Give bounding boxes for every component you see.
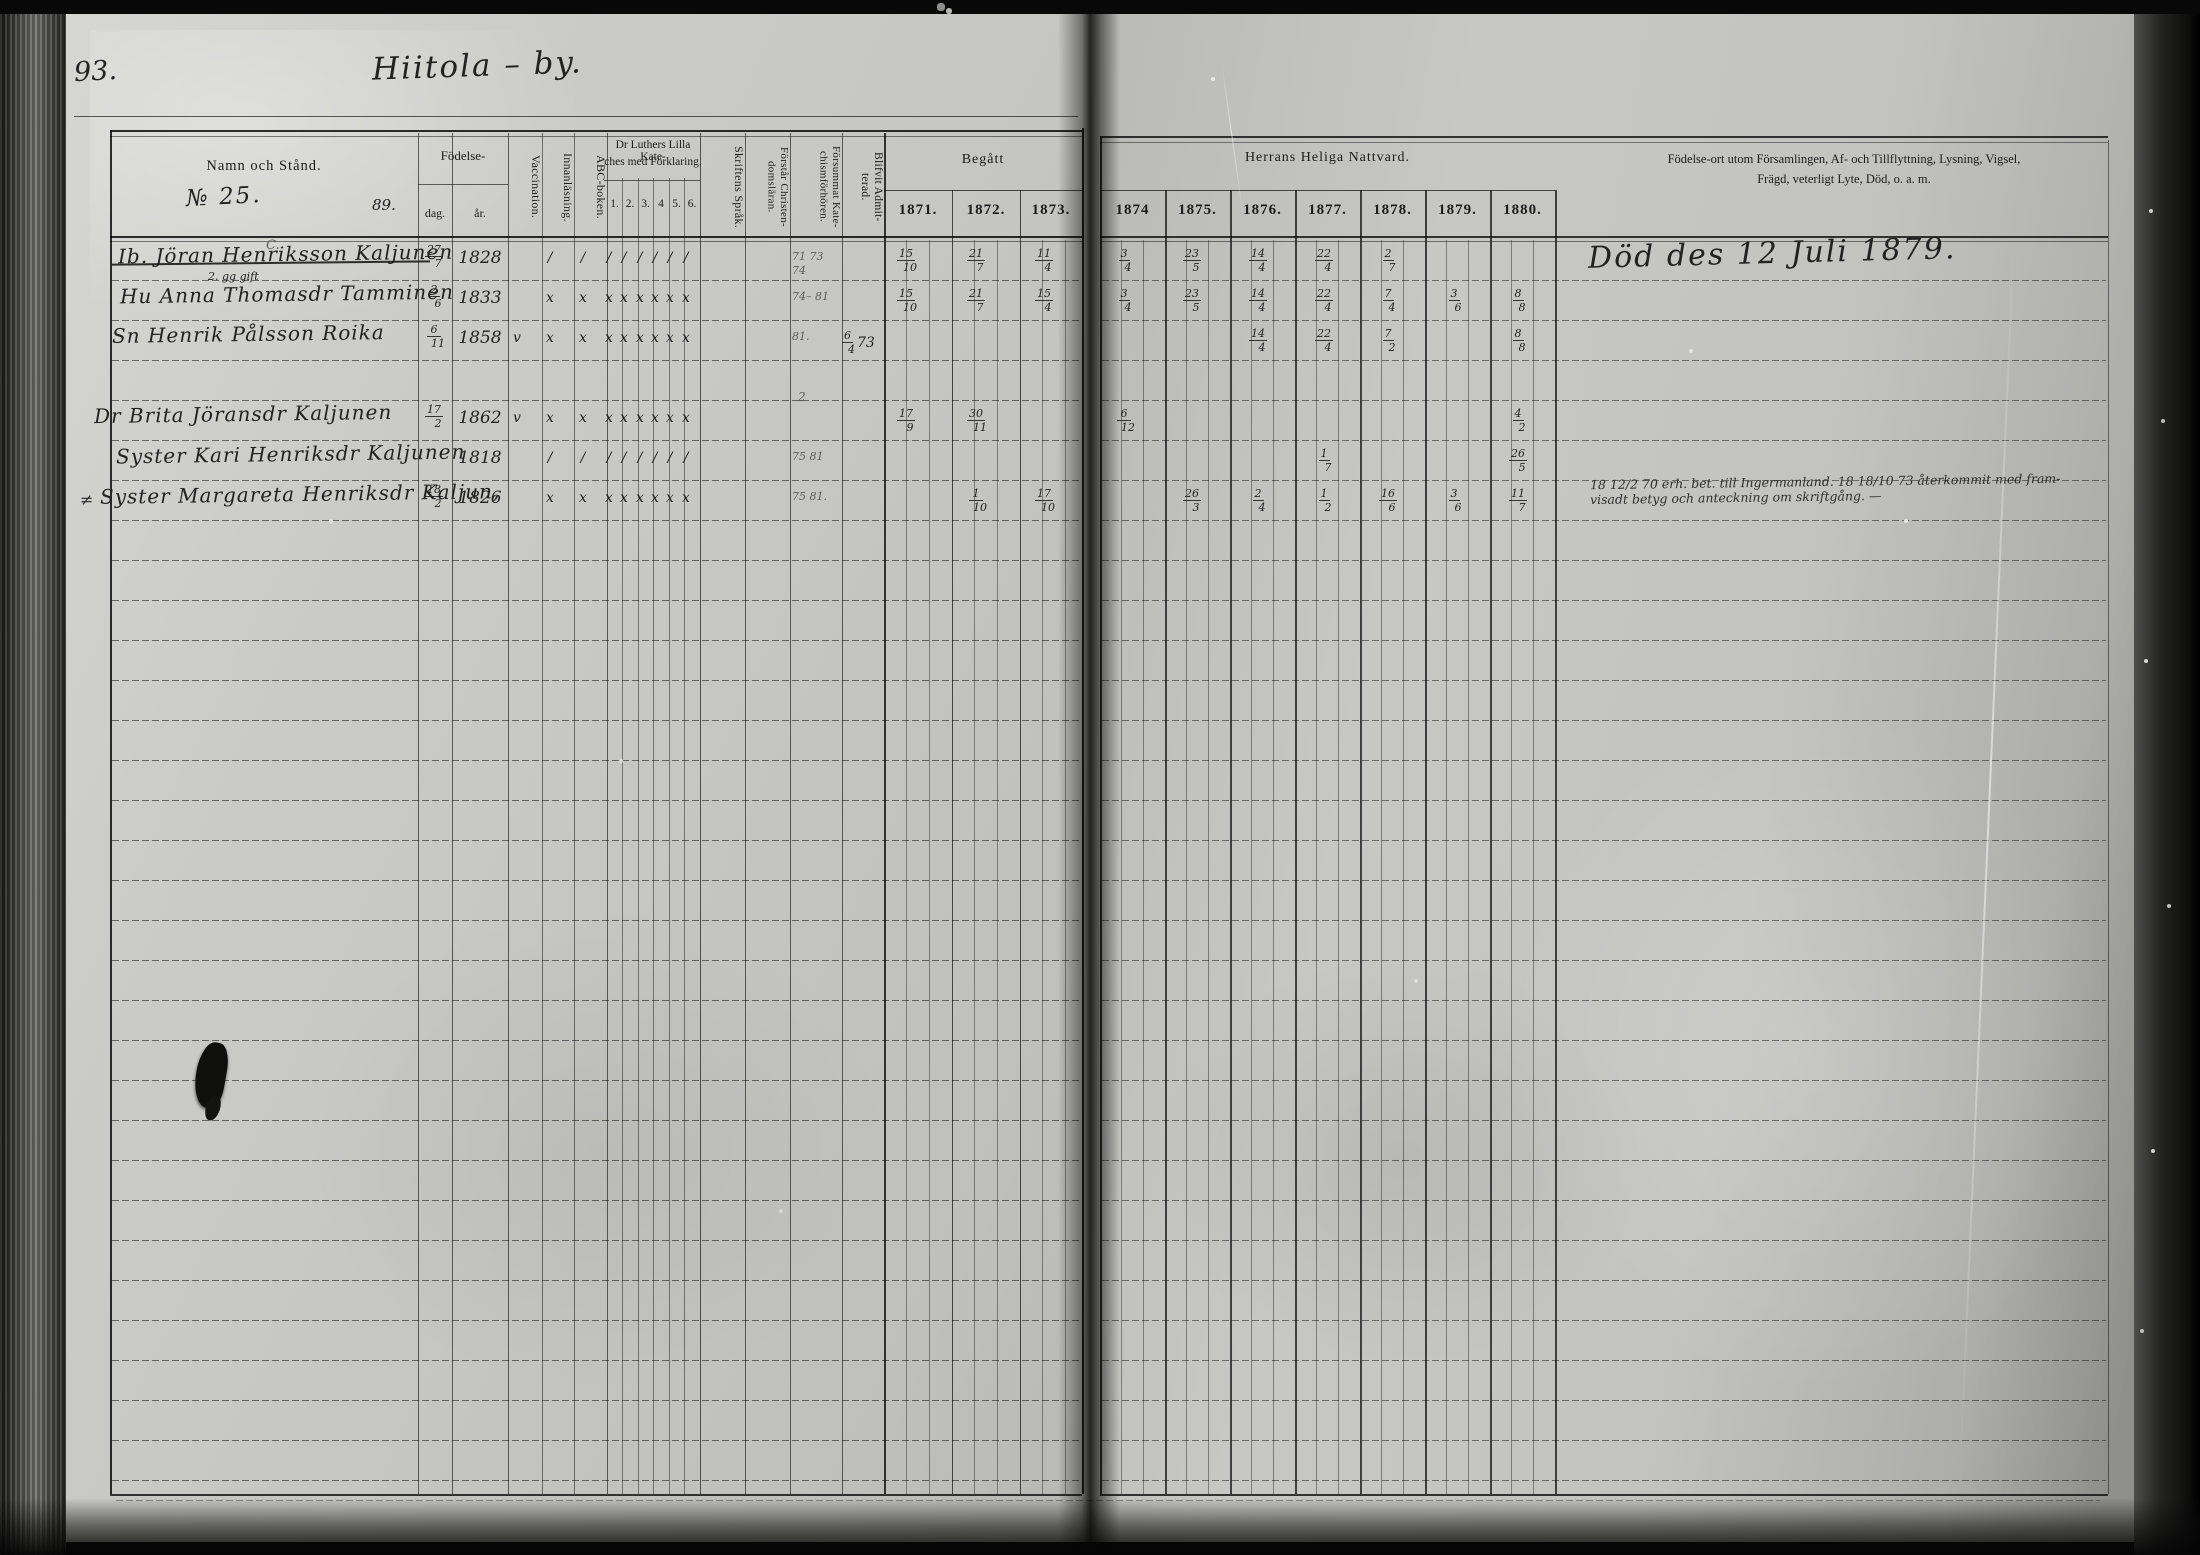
- row-line: [112, 1360, 1080, 1361]
- grid-vline: [1555, 190, 1557, 1494]
- kateches-col-4: 4: [653, 198, 669, 210]
- row-2-birth-year: 1833: [452, 288, 508, 308]
- row-line: [1102, 640, 2106, 641]
- row-line: [112, 920, 1080, 921]
- row-line: [112, 1120, 1080, 1121]
- row-6-1877: 12: [1306, 488, 1346, 513]
- row-6-1875: 263: [1174, 488, 1214, 513]
- grid-vline: [745, 133, 746, 1494]
- photo-shadow-bottom: [0, 1498, 2200, 1555]
- grid-vline: [1468, 240, 1469, 1494]
- table-bottom: [1100, 1494, 2108, 1496]
- col-header-fodelse: Födelse-: [418, 148, 508, 164]
- grid-vline: [1446, 240, 1447, 1494]
- row-2-1871: 1510: [888, 288, 928, 313]
- grid-vline: [1425, 190, 1427, 1494]
- book-pages-edge-left: [0, 0, 66, 1555]
- row-line: [112, 1200, 1080, 1201]
- row-line: [1102, 840, 2106, 841]
- page-title-handwritten: Hiitola – by.: [371, 44, 583, 87]
- row-line: [112, 880, 1080, 881]
- grid-hline: [1100, 236, 2108, 238]
- row-6-1876: 24: [1240, 488, 1280, 513]
- row-line: [1102, 440, 2106, 441]
- row-line: [1102, 960, 2106, 961]
- row-6-mark-4: x: [602, 490, 616, 506]
- row-2-name: Hu Anna Thomasdr Tamminen: [120, 280, 454, 309]
- year-header-1877: 1877.: [1295, 202, 1360, 219]
- row-line: [112, 320, 1080, 321]
- row-line: [112, 840, 1080, 841]
- grid-hline: [1100, 190, 1555, 191]
- row-3-birth-day: 611: [420, 324, 452, 349]
- grid-vline: [1165, 190, 1167, 1494]
- grid-vline: [1251, 240, 1252, 1494]
- row-line: [112, 1480, 1080, 1481]
- row-3-1876: 144: [1240, 328, 1280, 353]
- row-line: [1102, 1320, 2106, 1321]
- grid-vline: [1186, 240, 1187, 1494]
- row-line: [1102, 1080, 2106, 1081]
- row-5-mark-6: /: [633, 450, 647, 466]
- row-4-name: Dr Brita Jöransdr Kaljunen: [94, 400, 393, 428]
- row-line: [112, 1280, 1080, 1281]
- row-3-mark-8: x: [663, 330, 677, 346]
- row-line: [1102, 1160, 2106, 1161]
- row-5-katechism-years: 75 81: [792, 450, 840, 464]
- year-header-1875: 1875.: [1165, 202, 1230, 219]
- row-6-mark-7: x: [648, 490, 662, 506]
- row-3-1880: 88: [1500, 328, 1540, 353]
- row-line: [112, 1040, 1080, 1041]
- book-fold-shadow: [1058, 0, 1120, 1555]
- grid-vline: [574, 133, 575, 1494]
- margin-mark-row6: ≠: [80, 490, 93, 509]
- row-6-mark-2: x: [543, 490, 557, 506]
- row-line: [112, 360, 1080, 361]
- row-4-mark-9: x: [679, 410, 693, 426]
- row-line: [1102, 1200, 2106, 1201]
- row-1-mark-6: /: [633, 250, 647, 266]
- row-line: [1102, 560, 2106, 561]
- grid-vline: [952, 190, 953, 1494]
- grid-vline: [1381, 240, 1382, 1494]
- year-header-1878: 1878.: [1360, 202, 1425, 219]
- row-6-katechism-years: 75 81.: [792, 490, 840, 504]
- row-5-mark-5: /: [617, 450, 631, 466]
- col-header-kateches-line2: ches med Förklaring.: [604, 156, 702, 168]
- row-5-mark-3: /: [576, 450, 590, 466]
- grid-vline: [929, 240, 930, 1494]
- row-4-mark-1: v: [510, 410, 524, 426]
- kateches-col-1: 1.: [607, 198, 622, 210]
- grid-hline: [884, 190, 1082, 191]
- row-1-katechism-years: 71 73 74: [792, 250, 840, 278]
- row-2-mark-5: x: [617, 290, 631, 306]
- grid-hline: [110, 136, 1082, 137]
- col-header-blifvit-admitterad: Blifvit Admit-terad.: [842, 140, 884, 234]
- year-header-1872: 1872.: [952, 202, 1020, 219]
- row-line: [1102, 920, 2106, 921]
- dust-specks: [0, 0, 2, 2]
- row-2-mark-9: x: [679, 290, 693, 306]
- row-1-mark-9: /: [679, 250, 693, 266]
- row-line: [1102, 880, 2106, 881]
- row-line: [1102, 400, 2106, 401]
- row-1-1875: 235: [1174, 248, 1214, 273]
- row-line: [1102, 1120, 2106, 1121]
- grid-vline: [1042, 240, 1043, 1494]
- row-1-mark-7: /: [648, 250, 662, 266]
- grid-vline: [790, 133, 791, 1494]
- row-4-mark-3: x: [576, 410, 590, 426]
- col-header-notes-line1: Födelse-ort utom Församlingen, Af- och T…: [1578, 152, 2110, 167]
- grid-vline: [684, 178, 685, 1494]
- row-line: [112, 1080, 1080, 1081]
- row-3-admitted: 6473: [844, 330, 875, 355]
- row-line: [1102, 800, 2106, 801]
- row-line: [112, 1440, 1080, 1441]
- row-line: [1102, 680, 2106, 681]
- row-2-1879: 36: [1436, 288, 1476, 313]
- row-line: [112, 1320, 1080, 1321]
- col-header-skriftens-sprak: Skriftens Språk.: [700, 140, 745, 234]
- row-2-superscript: 2. gg gift: [208, 270, 259, 283]
- group-header-begatt: Begått: [884, 152, 1082, 168]
- row-4-mark-5: x: [617, 410, 631, 426]
- row-5-mark-2: /: [543, 450, 557, 466]
- row-1-1876: 144: [1240, 248, 1280, 273]
- record-number: № 25.: [185, 182, 262, 212]
- row-line: [112, 680, 1080, 681]
- row-line: [1102, 1280, 2106, 1281]
- col-header-forsummat-katechismforhoren: Försummat Kate-chismförhören.: [790, 140, 842, 234]
- row-5-1877: 17: [1306, 448, 1346, 473]
- row-6-mark-8: x: [663, 490, 677, 506]
- row-3-katechism-years: 81.: [792, 330, 840, 344]
- kateches-col-2: 2.: [622, 198, 638, 210]
- grid-hline: [110, 130, 1082, 132]
- row-6-1872: 110: [958, 488, 998, 513]
- row-1-1871: 1510: [888, 248, 928, 273]
- row-line: [112, 720, 1080, 721]
- grid-vline: [1403, 240, 1404, 1494]
- row-3-mark-5: x: [617, 330, 631, 346]
- row-3-mark-1: v: [510, 330, 524, 346]
- row-2-1875: 235: [1174, 288, 1214, 313]
- row-2-mark-6: x: [633, 290, 647, 306]
- row-4-mark-7: x: [648, 410, 662, 426]
- row-2-mark-7: x: [648, 290, 662, 306]
- row-4-mark-2: x: [543, 410, 557, 426]
- row-4-1880: 42: [1500, 408, 1540, 433]
- row-3-1878: 72: [1370, 328, 1410, 353]
- row-5-mark-4: /: [602, 450, 616, 466]
- row-2-1877: 224: [1306, 288, 1346, 313]
- row-line: [112, 800, 1080, 801]
- grid-vline: [1230, 190, 1232, 1494]
- row-line: [1102, 1440, 2106, 1441]
- row-5-mark-9: /: [679, 450, 693, 466]
- row-line: [112, 1000, 1080, 1001]
- grid-vline: [653, 178, 654, 1494]
- grid-vline: [1360, 190, 1362, 1494]
- row-line: [1102, 1400, 2106, 1401]
- row-line: [112, 520, 1080, 521]
- row-line: [1102, 1480, 2106, 1481]
- row-3-mark-6: x: [633, 330, 647, 346]
- row-6-mark-5: x: [617, 490, 631, 506]
- row-line: [112, 1160, 1080, 1161]
- row-line: [1102, 720, 2106, 721]
- kateches-col-5: 5.: [669, 198, 684, 210]
- book-pages-edge-right: [2134, 0, 2200, 1555]
- row-1-mark-5: /: [617, 250, 631, 266]
- grid-vline: [669, 178, 670, 1494]
- col-header-ar: år.: [452, 206, 508, 221]
- row-5-name: Syster Kari Henriksdr Kaljunen: [116, 440, 466, 469]
- row-line: [112, 640, 1080, 641]
- grid-vline: [1338, 240, 1339, 1494]
- photo-background-top: [0, 0, 2200, 14]
- row-2-mark-4: x: [602, 290, 616, 306]
- row-line: [112, 600, 1080, 601]
- row-line: [1102, 1240, 2106, 1241]
- kateches-col-6: 6.: [684, 198, 700, 210]
- col-header-dag: dag.: [418, 206, 452, 221]
- grid-hline: [418, 184, 508, 185]
- page-number: 93.: [73, 55, 118, 88]
- grid-vline: [508, 133, 509, 1494]
- grid-hline: [1100, 142, 2108, 143]
- pencil-mark-above-row1: C.: [266, 238, 280, 253]
- row-5-birth-year: 1818: [452, 448, 508, 468]
- row-3-1877: 224: [1306, 328, 1346, 353]
- row-1-mark-4: /: [602, 250, 616, 266]
- row-3-name: Sn Henrik Pålsson Roika: [112, 320, 385, 348]
- grid-vline: [418, 133, 419, 1494]
- row-6-birth-year: 1826: [452, 488, 508, 508]
- row-3-birth-year: 1858: [452, 328, 508, 348]
- row-line: [1102, 280, 2106, 281]
- col-header-innanlasning: Innanläsning.: [542, 140, 574, 234]
- table-bottom: [110, 1494, 1082, 1496]
- row-6-1878: 166: [1370, 488, 1410, 513]
- row-3-mark-7: x: [648, 330, 662, 346]
- row-1-birth-day: 277: [420, 244, 452, 269]
- row-4-birth-day: 172: [420, 404, 452, 429]
- grid-hline: [110, 236, 1082, 238]
- col-header-notes-line2: Frägd, veterligt Lyte, Död, o. a. m.: [1578, 172, 2110, 187]
- row-2-1880: 88: [1500, 288, 1540, 313]
- row-4-1871: 179: [888, 408, 928, 433]
- row-4-mark-8: x: [663, 410, 677, 426]
- grid-vline: [1295, 190, 1297, 1494]
- grid-vline: [884, 133, 886, 1494]
- row-1-mark-3: /: [576, 250, 590, 266]
- year-header-1880: 1880.: [1490, 202, 1555, 219]
- row-2-1872: 217: [958, 288, 998, 313]
- row-6-1880: 117: [1500, 488, 1540, 513]
- grid-hline: [1100, 136, 2108, 138]
- grid-vline: [1316, 240, 1317, 1494]
- grid-vline: [638, 178, 639, 1494]
- row-2-1878: 74: [1370, 288, 1410, 313]
- row-1-birth-year: 1828: [452, 248, 508, 268]
- row-1-1872: 217: [958, 248, 998, 273]
- row-5-mark-7: /: [648, 450, 662, 466]
- row-line: [112, 760, 1080, 761]
- row-5-1880: 265: [1500, 448, 1540, 473]
- grid-vline: [1490, 190, 1492, 1494]
- row-2-katechism-years: 74– 81: [792, 290, 840, 304]
- row-line: [1102, 1040, 2106, 1041]
- record-number-side: 89.: [372, 196, 396, 214]
- row-2-1876: 144: [1240, 288, 1280, 313]
- grid-vline: [1273, 240, 1274, 1494]
- row-2-birth-day: 26: [420, 284, 452, 309]
- grid-vline: [700, 133, 701, 1494]
- grid-vline: [622, 178, 623, 1494]
- row-1-1877: 224: [1306, 248, 1346, 273]
- row-2-mark-8: x: [663, 290, 677, 306]
- row-line: [1102, 760, 2106, 761]
- row-6-mark-9: x: [679, 490, 693, 506]
- notes-col-right-border: [2108, 140, 2109, 1494]
- col-header-abc-boken: ABC-boken.: [574, 140, 607, 234]
- col-header-namn: Namn och Stånd.: [130, 158, 398, 175]
- row-3-mark-4: x: [602, 330, 616, 346]
- pencil-mark-gap-row: 2: [798, 390, 806, 404]
- row-6-mark-3: x: [576, 490, 590, 506]
- row-line: [1102, 320, 2106, 321]
- row-2-mark-2: x: [543, 290, 557, 306]
- grid-vline: [1208, 240, 1209, 1494]
- row-3-mark-9: x: [679, 330, 693, 346]
- row-5-mark-8: /: [663, 450, 677, 466]
- year-header-1879: 1879.: [1425, 202, 1490, 219]
- row-line: [1102, 1360, 2106, 1361]
- row-line: [1102, 520, 2106, 521]
- group-header-nattvard: Herrans Heliga Nattvard.: [1100, 150, 1555, 166]
- scanned-book-photo: Ib. Jöran Henriksson Kaljunen2771828////…: [0, 0, 2200, 1555]
- row-line: [1102, 1000, 2106, 1001]
- grid-vline: [1020, 190, 1021, 1494]
- row-line: [112, 440, 1080, 441]
- row-6-mark-6: x: [633, 490, 647, 506]
- row-4-birth-year: 1862: [452, 408, 508, 428]
- row-line: [112, 480, 1080, 481]
- row-3-mark-3: x: [576, 330, 590, 346]
- year-header-1871: 1871.: [884, 202, 952, 219]
- grid-hline: [604, 180, 700, 181]
- row-4-mark-6: x: [633, 410, 647, 426]
- title-rule: [74, 116, 1078, 117]
- row-4-1872: 3011: [958, 408, 998, 433]
- row-line: [112, 1240, 1080, 1241]
- year-header-1876: 1876.: [1230, 202, 1295, 219]
- col-header-vaccination: Vaccination.: [508, 140, 542, 234]
- row-2-mark-3: x: [576, 290, 590, 306]
- col-header-forstar-christendomslaran: Förstår Christen-domsläran.: [745, 140, 790, 234]
- row-3-mark-2: x: [543, 330, 557, 346]
- row-1-mark-2: /: [543, 250, 557, 266]
- row-1-1878: 27: [1370, 248, 1410, 273]
- row-line: [1102, 600, 2106, 601]
- row-line: [112, 560, 1080, 561]
- row-line: [1102, 360, 2106, 361]
- row-6-1879: 36: [1436, 488, 1476, 513]
- row-1-mark-8: /: [663, 250, 677, 266]
- row-line: [112, 960, 1080, 961]
- row-6-birth-day: 182: [420, 484, 452, 509]
- row-line: [112, 1400, 1080, 1401]
- row-4-mark-4: x: [602, 410, 616, 426]
- kateches-col-3: 3.: [638, 198, 653, 210]
